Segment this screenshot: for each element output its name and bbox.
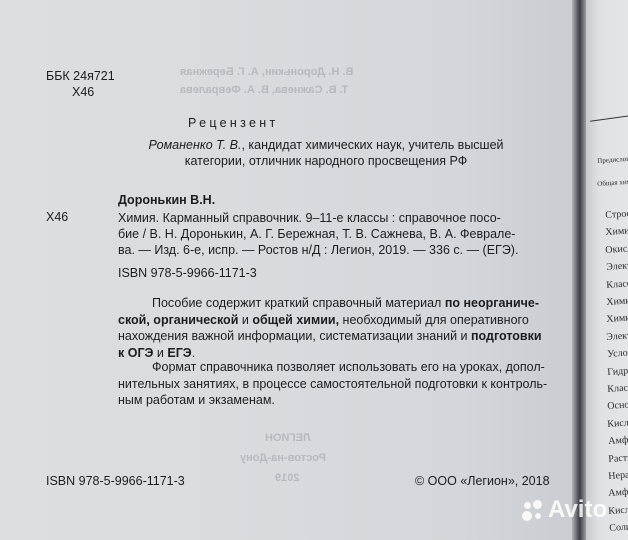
toc-item: Услов (607, 347, 628, 360)
author-name: Доронькин В.Н. (118, 193, 215, 209)
toc-item: Строен (605, 208, 628, 221)
watermark: Avito (548, 496, 607, 524)
toc-item: Кисл (608, 504, 628, 516)
desc-bold: ЕГЭ (167, 346, 191, 360)
format-description: Формат справочника позволяет использоват… (118, 359, 547, 409)
toc-item: Гидро (607, 365, 628, 378)
author-code: Х46 (72, 85, 94, 101)
reviewer-name: Романенко Т. В. (148, 138, 241, 152)
toc-item: Амфо (608, 434, 628, 447)
toc-item: Электр (606, 260, 628, 273)
author-code-2: Х46 (46, 210, 68, 226)
toc-item: Раств (608, 452, 628, 465)
bleed-through-text: ЛЕГИОН (265, 432, 311, 444)
book-spine (572, 0, 586, 540)
toc-item: Кисл (607, 417, 628, 429)
biblio-line: Химия. Карманный справочник. 9–11-е клас… (118, 210, 518, 226)
desc-text: и (153, 346, 167, 360)
toc-item: Основ (607, 400, 628, 413)
toc-item: Химич (606, 295, 628, 308)
format-line: нительных занятиях, в процессе самостоят… (118, 376, 547, 393)
toc-item: Химич (606, 312, 628, 325)
desc-text: необходимый для оперативного (339, 313, 529, 327)
toc-item: Амфо (608, 487, 628, 500)
format-line: ным работам и экзаменам. (118, 392, 547, 409)
bleed-through-text: 2019 (275, 472, 299, 484)
reviewer-info: Романенко Т. В., кандидат химических нау… (106, 138, 546, 169)
isbn-bottom: ISBN 978-5-9966-1171-3 (46, 474, 185, 490)
toc-item: Класс (607, 382, 628, 395)
toc-item: Электр (606, 330, 628, 343)
decorative-line (590, 115, 628, 122)
desc-bold: подготовки (471, 329, 542, 343)
biblio-line: ва. — Изд. 6-е, испр. — Ростов н/Д : Лег… (118, 242, 518, 258)
left-page: В. Н. Доронькин, А. Г. Бережная Т. В. Са… (0, 0, 578, 540)
copyright-notice: © ООО «Легион», 2018 (415, 474, 550, 490)
bibliographic-record: Химия. Карманный справочник. 9–11-е клас… (118, 210, 518, 258)
desc-bold: общей химии, (252, 313, 339, 327)
desc-bold: к ОГЭ (118, 346, 153, 360)
toc-item: Химич (605, 225, 628, 238)
biblio-line: бие / В. Н. Доронькин, А. Г. Бережная, Т… (118, 226, 518, 242)
desc-text: Пособие содержит краткий справочный мате… (152, 296, 445, 310)
desc-text: . (192, 346, 195, 360)
description: Пособие содержит краткий справочный мате… (118, 295, 542, 361)
bleed-through-text: Т. В. Сажнева, В. А. Февралева (180, 84, 348, 96)
avito-logo-icon (522, 500, 544, 522)
desc-text: нахождения важной информации, систематиз… (118, 329, 471, 343)
reviewer-credentials: , кандидат химических наук, учитель высш… (241, 138, 503, 152)
format-line: Формат справочника позволяет использоват… (152, 360, 545, 374)
desc-bold: по неорганиче- (445, 296, 539, 310)
bbk-index: ББК 24я721 (46, 69, 115, 85)
bleed-through-text: В. Н. Доронькин, А. Г. Бережная (180, 66, 353, 78)
reviewer-heading: Рецензент (188, 116, 279, 132)
desc-bold: ской, органической (118, 313, 238, 327)
toc-item: Соли (609, 522, 628, 535)
toc-item: Окисл (605, 243, 628, 256)
reviewer-credentials-2: категории, отличник народного просвещени… (106, 154, 546, 170)
bleed-through-text: Ростов-на-Дону (240, 452, 326, 464)
toc-item: Класс (606, 278, 628, 291)
desc-text: и (238, 313, 252, 327)
toc-item: Нераст (608, 469, 628, 482)
isbn-top: ISBN 978-5-9966-1171-3 (118, 266, 257, 282)
